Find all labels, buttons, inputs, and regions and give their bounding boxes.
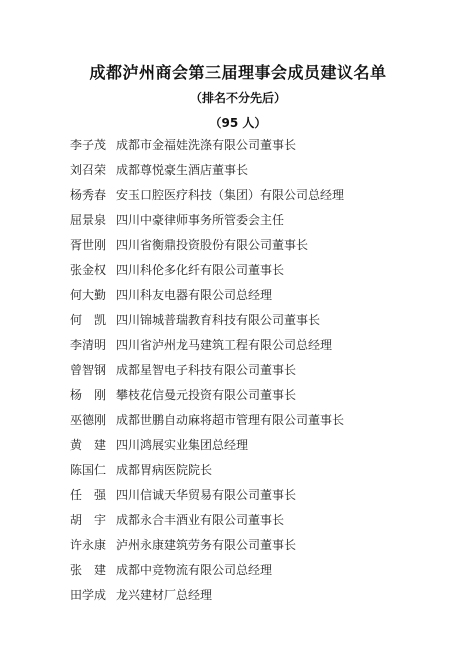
member-org: 成都市金福娃洗涤有限公司董事长 (116, 137, 296, 162)
member-name: 张金权 (70, 262, 116, 287)
member-org: 四川中豪律师事务所管委会主任 (116, 212, 284, 237)
list-item: 胥世刚四川省衡鼎投资股份有限公司董事长 (70, 237, 344, 262)
list-item: 杨 刚攀枝花信曼元投资有限公司董事长 (70, 387, 344, 412)
member-list: 李子茂成都市金福娃洗涤有限公司董事长 刘召荣成都尊悦豪生酒店董事长 杨秀春安玉口… (70, 137, 344, 612)
list-item: 巫德刚成都世鹏自动麻将超市管理有限公司董事长 (70, 412, 344, 437)
member-name: 何大勤 (70, 287, 116, 312)
member-name: 李子茂 (70, 137, 116, 162)
member-org: 四川科伦多化纤有限公司董事长 (116, 262, 284, 287)
member-name: 胥世刚 (70, 237, 116, 262)
member-name: 屈景泉 (70, 212, 116, 237)
list-item: 李清明四川省泸州龙马建筑工程有限公司总经理 (70, 337, 344, 362)
member-org: 安玉口腔医疗科技（集团）有限公司总经理 (116, 187, 344, 212)
list-item: 田学成龙兴建材厂总经理 (70, 587, 344, 612)
member-name: 任 强 (70, 487, 116, 512)
member-org: 四川科友电器有限公司总经理 (116, 287, 272, 312)
member-name: 李清明 (70, 337, 116, 362)
list-item: 张金权四川科伦多化纤有限公司董事长 (70, 262, 344, 287)
member-org: 成都永合丰酒业有限公司董事长 (116, 512, 284, 537)
member-name: 黄 建 (70, 437, 116, 462)
member-org: 成都中竞物流有限公司总经理 (116, 562, 272, 587)
list-item: 杨秀春安玉口腔医疗科技（集团）有限公司总经理 (70, 187, 344, 212)
member-org: 成都胃病医院院长 (116, 462, 212, 487)
member-org: 四川省衡鼎投资股份有限公司董事长 (116, 237, 308, 262)
member-count: （95 人） (0, 114, 476, 131)
member-org: 成都星智电子科技有限公司董事长 (116, 362, 296, 387)
list-item: 任 强四川信诚天华贸易有限公司董事长 (70, 487, 344, 512)
list-item: 刘召荣成都尊悦豪生酒店董事长 (70, 162, 344, 187)
member-name: 田学成 (70, 587, 116, 612)
document-subtitle: （排名不分先后） (0, 89, 476, 106)
list-item: 胡 宇成都永合丰酒业有限公司董事长 (70, 512, 344, 537)
member-org: 四川省泸州龙马建筑工程有限公司总经理 (116, 337, 332, 362)
member-name: 陈国仁 (70, 462, 116, 487)
member-org: 四川信诚天华贸易有限公司董事长 (116, 487, 296, 512)
member-name: 刘召荣 (70, 162, 116, 187)
member-org: 攀枝花信曼元投资有限公司董事长 (116, 387, 296, 412)
list-item: 曾智钢成都星智电子科技有限公司董事长 (70, 362, 344, 387)
member-org: 成都世鹏自动麻将超市管理有限公司董事长 (116, 412, 344, 437)
member-name: 胡 宇 (70, 512, 116, 537)
list-item: 陈国仁成都胃病医院院长 (70, 462, 344, 487)
member-org: 龙兴建材厂总经理 (116, 587, 212, 612)
member-name: 张 建 (70, 562, 116, 587)
list-item: 许永康泸州永康建筑劳务有限公司董事长 (70, 537, 344, 562)
member-name: 杨秀春 (70, 187, 116, 212)
member-name: 杨 刚 (70, 387, 116, 412)
list-item: 黄 建四川鸿展实业集团总经理 (70, 437, 344, 462)
list-item: 屈景泉四川中豪律师事务所管委会主任 (70, 212, 344, 237)
list-item: 张 建成都中竞物流有限公司总经理 (70, 562, 344, 587)
member-org: 泸州永康建筑劳务有限公司董事长 (116, 537, 296, 562)
member-name: 许永康 (70, 537, 116, 562)
member-name: 曾智钢 (70, 362, 116, 387)
member-org: 四川锦城普瑞教育科技有限公司董事长 (116, 312, 320, 337)
member-org: 四川鸿展实业集团总经理 (116, 437, 248, 462)
list-item: 李子茂成都市金福娃洗涤有限公司董事长 (70, 137, 344, 162)
member-name: 何 凯 (70, 312, 116, 337)
member-org: 成都尊悦豪生酒店董事长 (116, 162, 248, 187)
list-item: 何 凯 四川锦城普瑞教育科技有限公司董事长 (70, 312, 344, 337)
member-name: 巫德刚 (70, 412, 116, 437)
document-title: 成都泸州商会第三届理事会成员建议名单 (0, 60, 476, 83)
list-item: 何大勤四川科友电器有限公司总经理 (70, 287, 344, 312)
